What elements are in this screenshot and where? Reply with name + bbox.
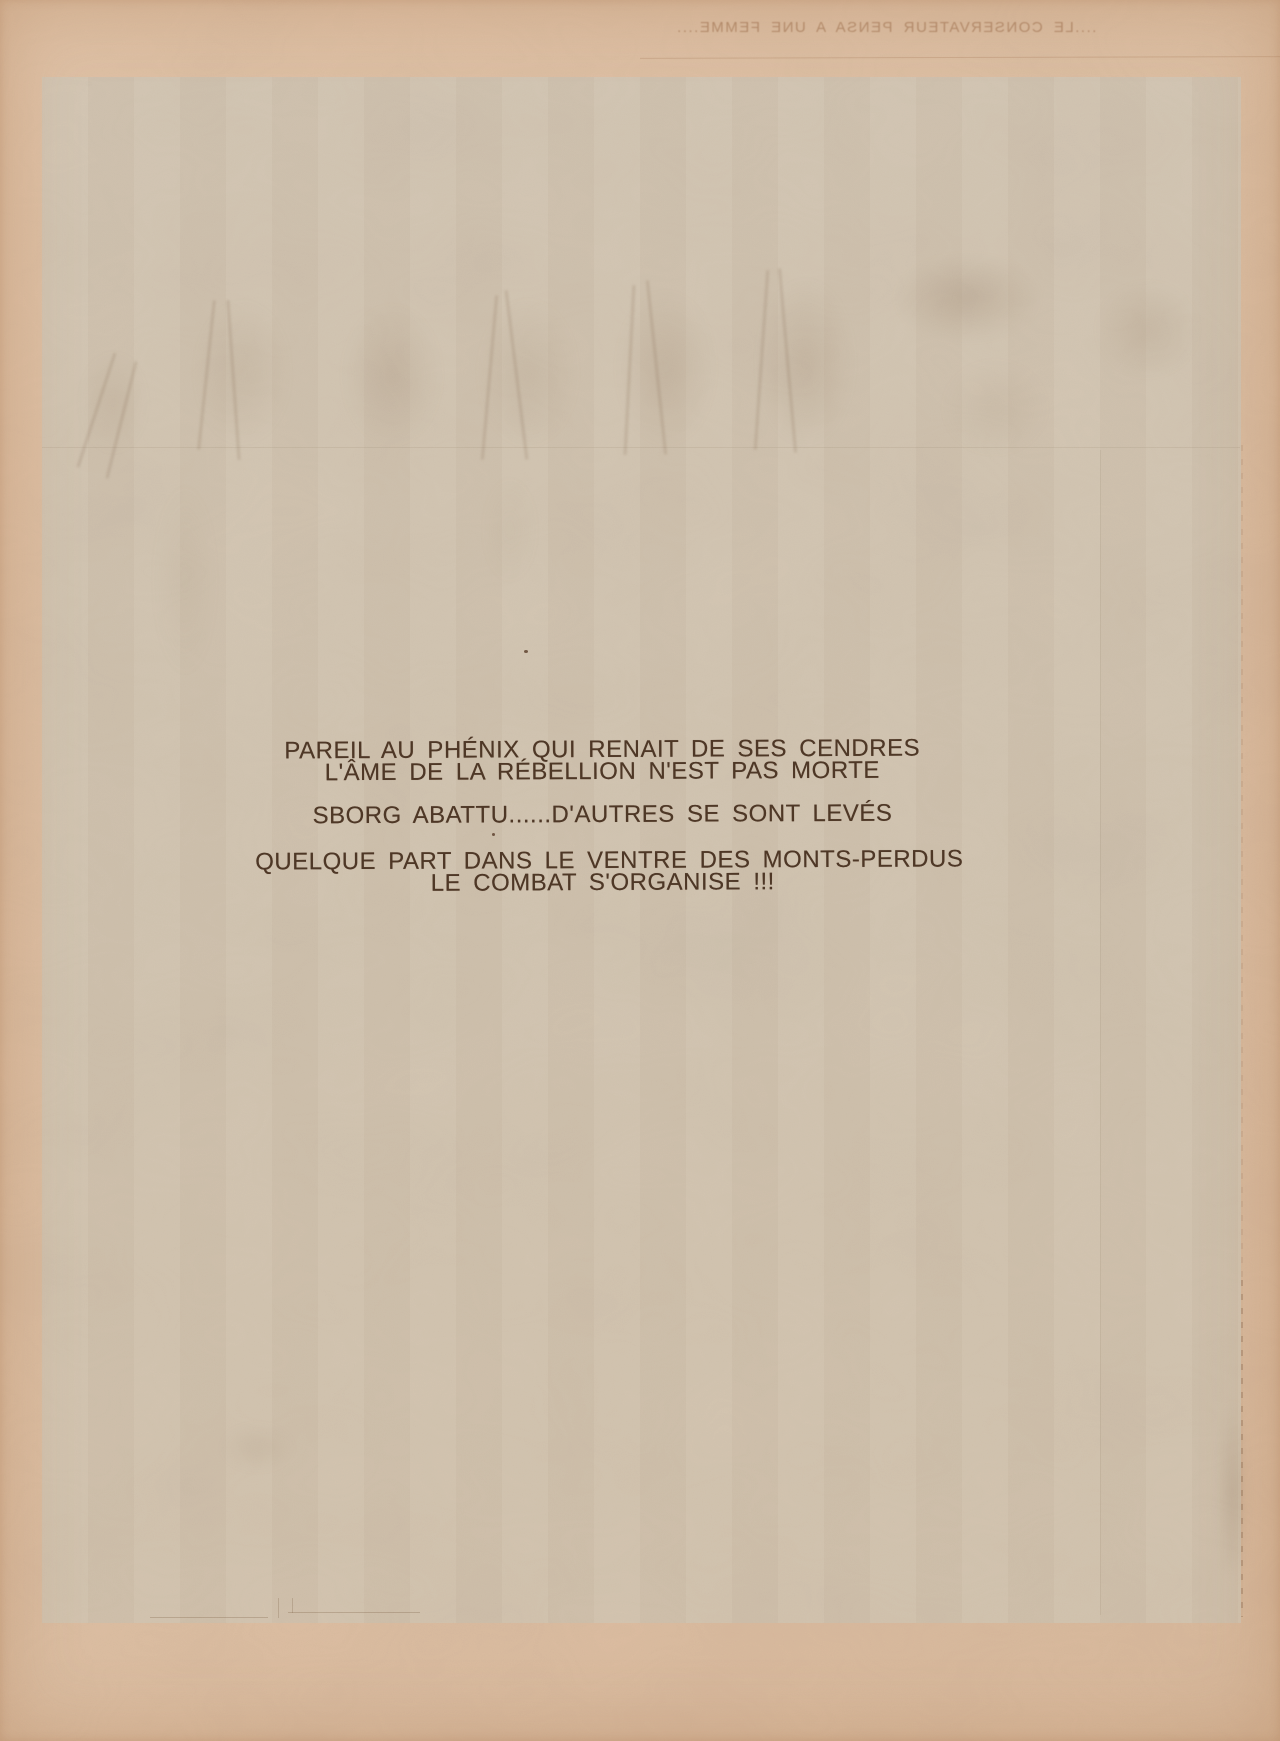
ghost-mirrored-text: ....LE CONSERVATEUR PENSA A UNE FEMME...… — [652, 19, 1120, 45]
ghost-blob — [322, 275, 462, 475]
ghost-blob — [205, 1415, 310, 1480]
comic-page: ....LE CONSERVATEUR PENSA A UNE FEMME...… — [0, 0, 1280, 1741]
ghost-blob — [1075, 262, 1220, 397]
ghost-panel-line-stub — [278, 1598, 279, 1618]
paper-crease-line — [640, 56, 1280, 59]
ink-speck — [492, 833, 495, 836]
ghost-blob-dark — [865, 238, 1070, 358]
ink-speck — [524, 650, 528, 653]
narration-text-block: PAREIL AU PHÉNIX QUI RENAIT DE SES CENDR… — [255, 737, 951, 895]
ghost-blob-right-strip — [1212, 1360, 1254, 1625]
ghost-blob — [738, 245, 873, 480]
ghost-blob — [470, 450, 550, 610]
ghost-panel-line-horizontal — [42, 447, 1240, 448]
ghost-panel-line-vertical — [1100, 450, 1101, 1615]
ghost-panel-line-bottom — [288, 1612, 420, 1613]
ghost-blob — [140, 440, 230, 720]
ghost-blob — [920, 340, 1070, 475]
ghost-panel-border-dashed — [1241, 445, 1243, 1280]
narration-line-2: L'ÂME DE LA RÉBELLION N'EST PAS MORTE — [255, 759, 950, 784]
narration-line-3: SBORG ABATTU......D'AUTRES SE SONT LEVÉS — [255, 802, 950, 827]
ghost-panel-border-dashed — [1241, 1280, 1243, 1617]
ghost-panel-line-bottom — [150, 1617, 268, 1618]
ghost-panel-line-stub — [292, 1598, 293, 1613]
